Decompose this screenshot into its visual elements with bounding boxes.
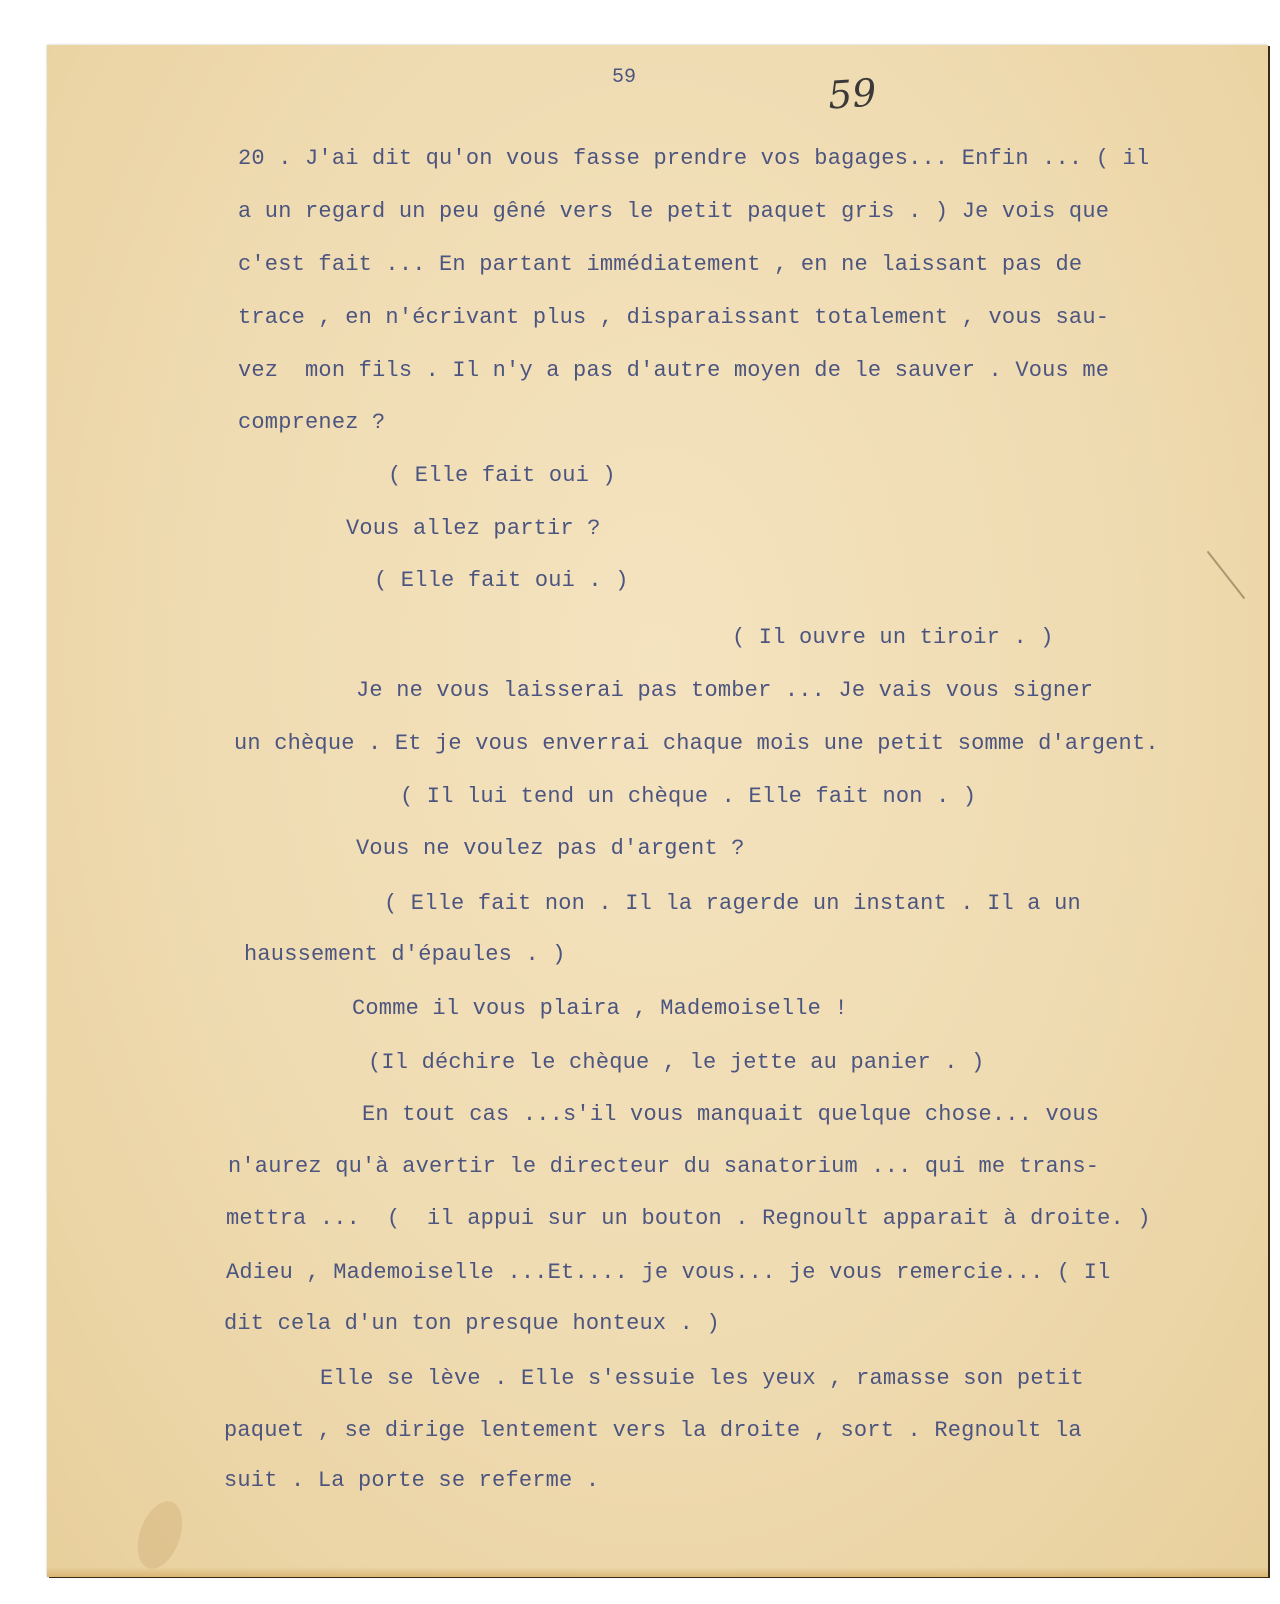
- stage-direction: ( Elle fait oui . ): [374, 570, 629, 592]
- text-line: un chèque . Et je vous enverrai chaque m…: [234, 733, 1159, 755]
- stage-direction: ( Il ouvre un tiroir . ): [732, 627, 1054, 649]
- stage-direction: ( Elle fait oui ): [388, 465, 616, 487]
- text-line: n'aurez qu'à avertir le directeur du san…: [228, 1156, 1099, 1178]
- stage-direction: (Il déchire le chèque , le jette au pani…: [368, 1052, 985, 1074]
- text-line: vez mon fils . Il n'y a pas d'autre moye…: [238, 360, 1109, 382]
- typed-page-number: 59: [612, 66, 636, 89]
- text-line: Comme il vous plaira , Mademoiselle !: [352, 998, 848, 1020]
- stage-direction: haussement d'épaules . ): [244, 944, 566, 966]
- stage-direction: suit . La porte se referme .: [224, 1470, 599, 1492]
- text-line: Adieu , Mademoiselle ...Et.... je vous..…: [226, 1262, 1111, 1284]
- text-line: Vous ne voulez pas d'argent ?: [356, 838, 745, 860]
- stage-direction: Elle se lève . Elle s'essuie les yeux , …: [320, 1368, 1084, 1390]
- text-line: 20 . J'ai dit qu'on vous fasse prendre v…: [238, 148, 1149, 170]
- text-line: a un regard un peu gêné vers le petit pa…: [238, 201, 1109, 223]
- text-line: Je ne vous laisserai pas tomber ... Je v…: [356, 680, 1093, 702]
- text-line: comprenez ?: [238, 412, 385, 434]
- handwritten-page-number: 59: [827, 70, 878, 117]
- text-line: mettra ... ( il appui sur un bouton . Re…: [226, 1208, 1151, 1230]
- text-line: En tout cas ...s'il vous manquait quelqu…: [362, 1104, 1099, 1126]
- text-line: c'est fait ... En partant immédiatement …: [238, 254, 1082, 276]
- text-line: dit cela d'un ton presque honteux . ): [224, 1313, 720, 1335]
- stage-direction: paquet , se dirige lentement vers la dro…: [224, 1420, 1082, 1442]
- text-line: Vous allez partir ?: [346, 518, 601, 540]
- stage-direction: ( Elle fait non . Il la ragerde un insta…: [384, 893, 1081, 915]
- text-line: trace , en n'écrivant plus , disparaissa…: [238, 307, 1109, 329]
- stage-direction: ( Il lui tend un chèque . Elle fait non …: [400, 786, 976, 808]
